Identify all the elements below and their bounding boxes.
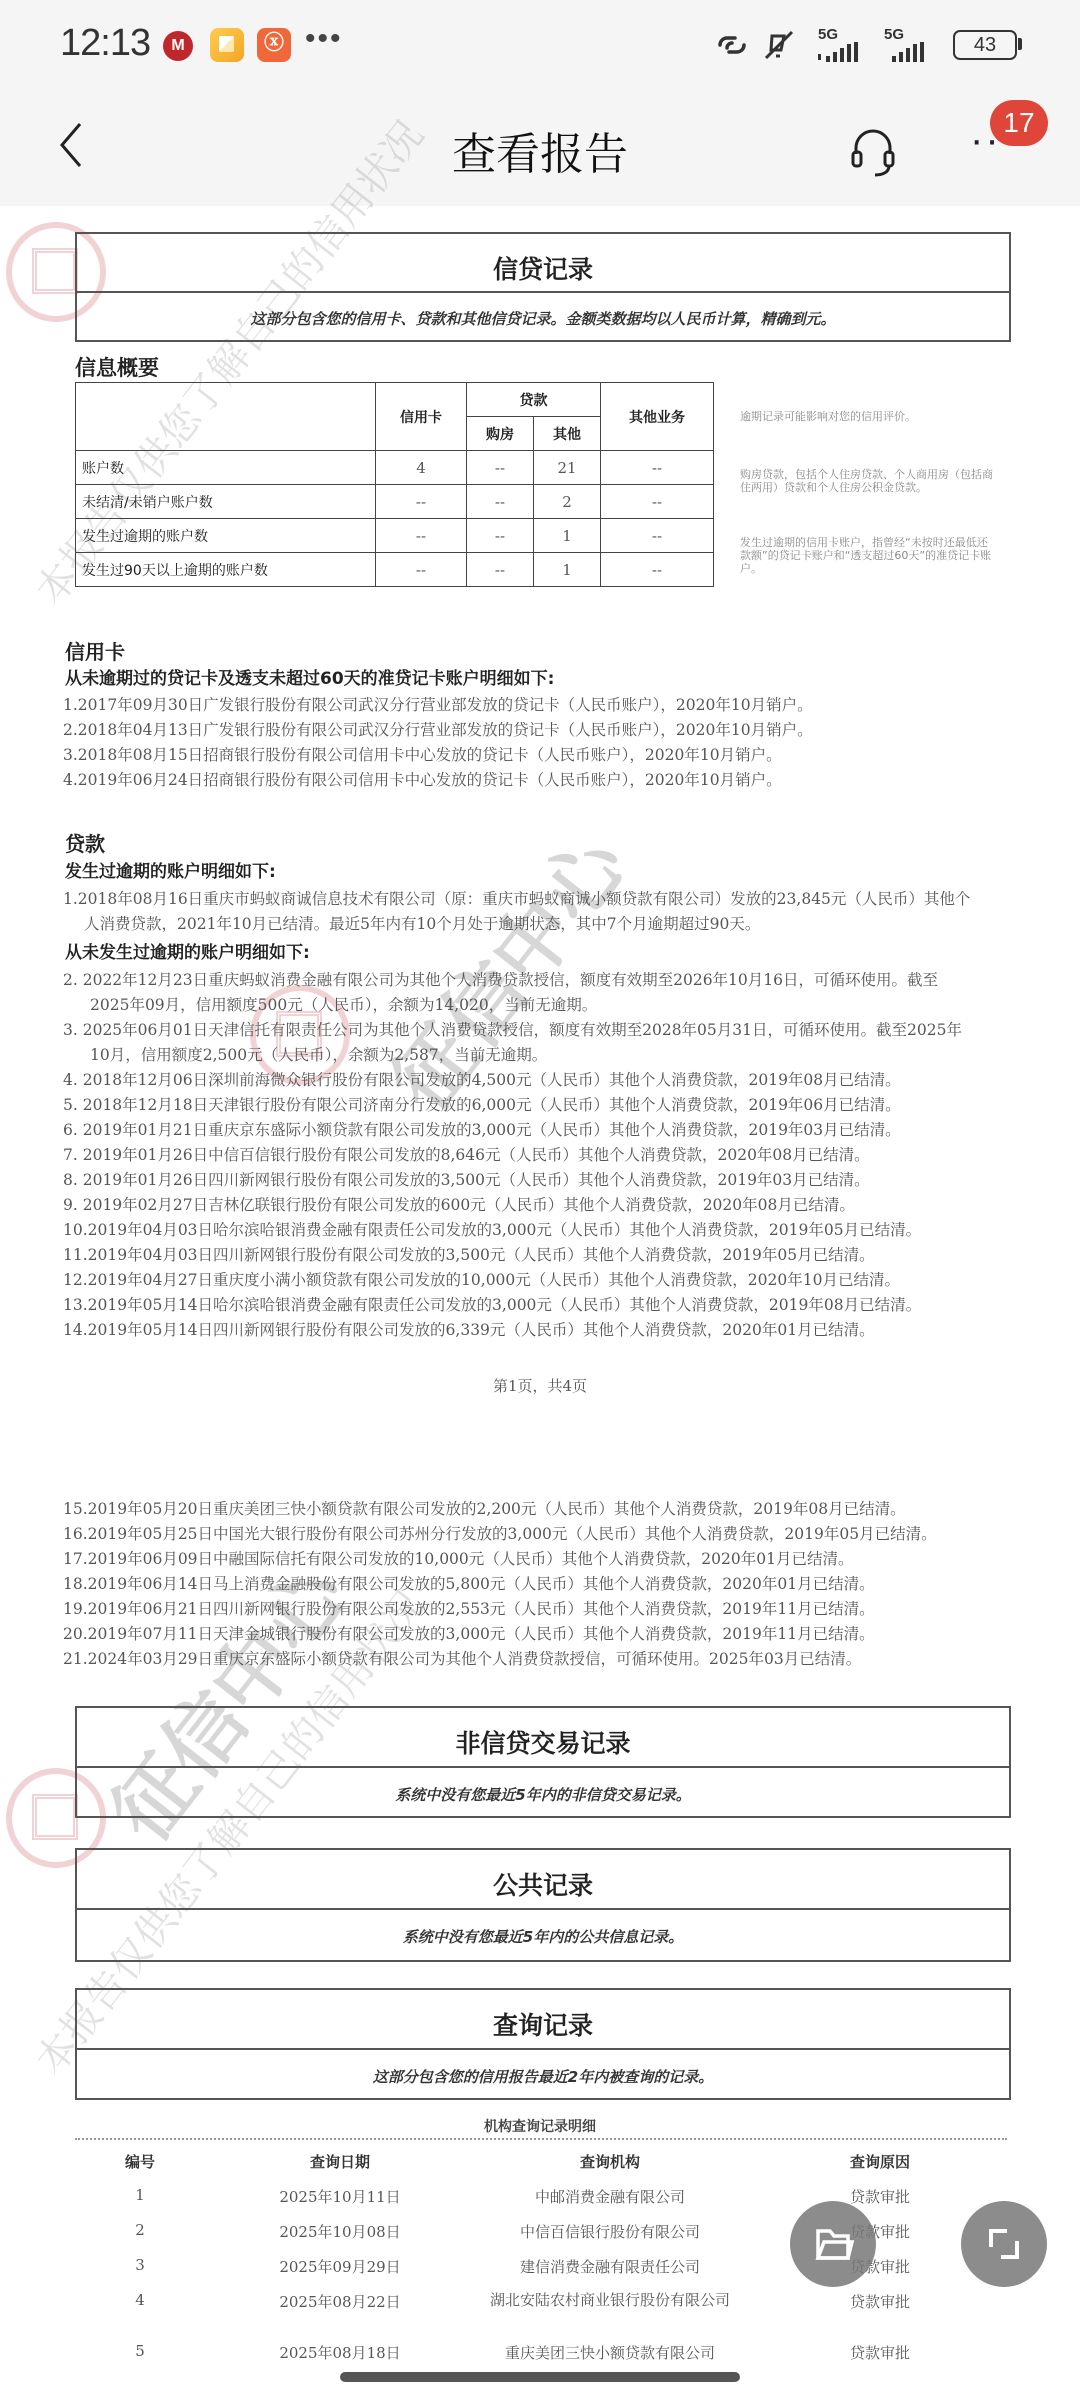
link-icon [712,30,752,60]
loan-item-cont: 人消费贷款，2021年10月已结清。最近5年内有10个月处于逾期状态，其中7个月… [84,912,760,934]
loan-item: 7. 2019年01月26日中信百信银行股份有限公司发放的8,646元（人民币）… [63,1143,870,1165]
notification-badge: 17 [990,100,1048,146]
query-header-reason: 查询原因 [820,2151,940,2172]
summary-table: 信用卡 贷款 其他业务 购房 其他 账户数 4 -- 21 -- 未结清/未销户… [75,382,714,587]
credit-card-item: 2.2018年04月13日广发银行股份有限公司武汉分行营业部发放的贷记卡（人民币… [63,718,813,740]
query-table-title: 机构查询记录明细 [0,2116,1080,2136]
folder-icon [790,2201,876,2287]
home-indicator[interactable] [340,2372,740,2382]
fullscreen-button[interactable] [961,2201,1047,2287]
section-subtitle: 系统中没有您最近5年内的公共信息记录。 [77,1926,1009,1947]
status-time: 12:13 [60,22,150,65]
loan-item: 18.2019年06月14日马上消费金融股份有限公司发放的5,800元（人民币）… [63,1572,875,1594]
query-date: 2025年10月08日 [255,2221,425,2242]
query-header-date: 查询日期 [270,2151,410,2172]
loan-item: 9. 2019年02月27日吉林亿联银行股份有限公司发放的600元（人民币）其他… [63,1193,855,1215]
loans-heading: 贷款 [65,828,105,857]
loan-item: 11.2019年04月03日四川新网银行股份有限公司发放的3,500元（人民币）… [63,1243,875,1265]
query-reason: 贷款审批 [820,2342,940,2363]
section-title: 非信贷交易记录 [77,1724,1009,1760]
non-credit-record-box: 非信贷交易记录 系统中没有您最近5年内的非信贷交易记录。 [75,1706,1011,1818]
divider [77,1766,1009,1768]
network-type-1: 5G [818,26,838,43]
notes-app-icon [210,28,244,62]
loan-item: 2. 2022年12月23日重庆蚂蚁消费金融有限公司为其他个人消费贷款授信，额度… [63,968,938,990]
cell-other: 1 [534,519,601,553]
expand-icon [961,2201,1047,2287]
cell-housing: -- [467,451,534,485]
loan-item: 6. 2019年01月21日重庆京东盛际小额贷款有限公司发放的3,000元（人民… [63,1118,901,1140]
query-org: 湖北安陆农村商业银行股份有限公司 [470,2291,750,2309]
loan-item: 16.2019年05月25日中国光大银行股份有限公司苏州分行发放的3,000元（… [63,1522,937,1544]
cell-credit-card: -- [376,485,467,519]
signal-icon-2 [884,42,938,62]
summary-note: 逾期记录可能影响对您的信用评价。 [740,410,995,423]
summary-note: 购房贷款，包括个人住房贷款、个人商用房（包括商住两用）贷款和个人住房公积金贷款。 [740,468,995,494]
cell-credit-card: -- [376,553,467,587]
query-no: 3 [110,2256,170,2274]
summary-heading: 信息概要 [75,352,159,382]
cell-other-business: -- [601,553,714,587]
cell-other: 21 [534,451,601,485]
query-reason: 贷款审批 [820,2291,940,2312]
summary-corner-cell [76,383,376,451]
section-subtitle: 这部分包含您的信用报告最近2年内被查询的记录。 [77,2066,1009,2087]
cell-other-business: -- [601,451,714,485]
battery-icon: 43 [953,30,1017,60]
credit-card-item: 4.2019年06月24日招商银行股份有限公司信用卡中心发放的贷记卡（人民币账户… [63,768,782,790]
header-credit-card: 信用卡 [376,383,467,451]
loan-item: 21.2024年03月29日重庆京东盛际小额贷款有限公司为其他个人消费贷款授信，… [63,1647,861,1669]
section-title: 查询记录 [77,2006,1009,2042]
credit-card-item: 3.2018年08月15日招商银行股份有限公司信用卡中心发放的贷记卡（人民币账户… [63,743,782,765]
query-date: 2025年10月11日 [255,2186,425,2207]
row-label: 发生过90天以上逾期的账户数 [76,553,376,587]
loan-item: 19.2019年06月21日四川新网银行股份有限公司发放的2,553元（人民币）… [63,1597,875,1619]
query-no: 1 [110,2186,170,2204]
loan-item: 20.2019年07月11日天津金城银行股份有限公司发放的3,000元（人民币）… [63,1622,875,1644]
query-no: 2 [110,2221,170,2239]
summary-row: 发生过90天以上逾期的账户数 -- -- 1 -- [76,553,714,587]
loan-item: 4. 2018年12月06日深圳前海微众银行股份有限公司发放的4,500元（人民… [63,1068,901,1090]
summary-row: 发生过逾期的账户数 -- -- 1 -- [76,519,714,553]
header-loan: 贷款 [467,383,601,417]
query-record-box: 查询记录 这部分包含您的信用报告最近2年内被查询的记录。 [75,1988,1011,2100]
section-subtitle: 系统中没有您最近5年内的非信贷交易记录。 [77,1784,1009,1805]
save-to-files-button[interactable] [790,2201,876,2287]
page-number: 第1页，共4页 [0,1375,1080,1396]
query-date: 2025年08月18日 [255,2342,425,2363]
query-no: 4 [110,2291,170,2309]
cell-credit-card: 4 [376,451,467,485]
cell-housing: -- [467,519,534,553]
loan-item: 14.2019年05月14日四川新网银行股份有限公司发放的6,339元（人民币）… [63,1318,875,1340]
divider [77,291,1009,293]
loan-item: 3. 2025年06月01日天津信托有限责任公司为其他个人消费贷款授信，额度有效… [63,1018,962,1040]
loan-item: 5. 2018年12月18日天津银行股份有限公司济南分行发放的6,000元（人民… [63,1093,901,1115]
divider [77,1908,1009,1910]
section-title: 信贷记录 [77,250,1009,286]
signal-icon-1 [818,42,872,62]
credit-card-heading: 信用卡 [65,636,125,665]
loan-item: 17.2019年06月09日中融国际信托有限公司发放的10,000元（人民币）其… [63,1547,853,1569]
customer-service-headset-icon[interactable] [848,124,898,180]
page-title: 查看报告 [0,118,1080,182]
credit-card-subheading: 从未逾期过的贷记卡及透支未超过60天的准贷记卡账户明细如下: [65,664,554,689]
query-header-no: 编号 [110,2151,170,2172]
query-date: 2025年09月29日 [255,2256,425,2277]
cell-other-business: -- [601,485,714,519]
loan-item: 12.2019年04月27日重庆度小满小额贷款有限公司发放的10,000元（人民… [63,1268,900,1290]
credit-record-header-box: 信贷记录 这部分包含您的信用卡、贷款和其他信贷记录。金额类数据均以人民币计算，精… [75,232,1011,342]
cell-other-business: -- [601,519,714,553]
cell-credit-card: -- [376,519,467,553]
mute-icon [760,28,798,62]
loan-item: 8. 2019年01月26日四川新网银行股份有限公司发放的3,500元（人民币）… [63,1168,870,1190]
header-other-business: 其他业务 [601,383,714,451]
header-loan-other: 其他 [534,417,601,451]
row-label: 未结清/未销户账户数 [76,485,376,519]
loan-item: 1.2018年08月16日重庆市蚂蚁商诚信息技术有限公司（原：重庆市蚂蚁商诚小额… [63,887,970,909]
credit-card-item: 1.2017年09月30日广发银行股份有限公司武汉分行营业部发放的贷记卡（人民币… [63,693,813,715]
summary-row: 未结清/未销户账户数 -- -- 2 -- [76,485,714,519]
cell-other: 2 [534,485,601,519]
loan-item-cont: 10月，信用额度2,500元（人民币），余额为2,587，当前无逾期。 [90,1043,547,1065]
cmb-bank-icon: M [163,31,193,61]
query-org: 中邮消费金融有限公司 [470,2186,750,2207]
row-label: 发生过逾期的账户数 [76,519,376,553]
section-title: 公共记录 [77,1866,1009,1902]
battery-tip [1018,38,1022,50]
summary-note: 发生过逾期的信用卡账户，指曾经“未按时还最低还款额”的贷记卡账户和“透支超过60… [740,536,995,575]
dotted-divider [75,2138,1007,2140]
loan-item: 13.2019年05月14日哈尔滨哈银消费金融有限责任公司发放的3,000元（人… [63,1293,921,1315]
more-notifications-icon: ••• [305,22,343,56]
loan-item: 15.2019年05月20日重庆美团三快小额贷款有限公司发放的2,200元（人民… [63,1497,906,1519]
query-org: 建信消费金融有限责任公司 [470,2256,750,2277]
section-subtitle: 这部分包含您的信用卡、贷款和其他信贷记录。金额类数据均以人民币计算，精确到元。 [77,308,1009,329]
query-no: 5 [110,2342,170,2360]
loan-item: 10.2019年04月03日哈尔滨哈银消费金融有限责任公司发放的3,000元（人… [63,1218,921,1240]
dazhong-dianping-icon: ⓧ [257,28,291,62]
public-record-box: 公共记录 系统中没有您最近5年内的公共信息记录。 [75,1848,1011,1962]
normal-subheading: 从未发生过逾期的账户明细如下: [65,938,310,963]
row-label: 账户数 [76,451,376,485]
query-org: 重庆美团三快小额贷款有限公司 [470,2342,750,2363]
query-header-org: 查询机构 [480,2151,740,2172]
divider [77,2048,1009,2050]
summary-row: 账户数 4 -- 21 -- [76,451,714,485]
header-loan-housing: 购房 [467,417,534,451]
cell-other: 1 [534,553,601,587]
network-type-2: 5G [884,26,904,43]
cell-housing: -- [467,553,534,587]
loan-item-cont: 2025年09月，信用额度500元（人民币），余额为14,020，当前无逾期。 [90,993,597,1015]
query-date: 2025年08月22日 [255,2291,425,2312]
overdue-subheading: 发生过逾期的账户明细如下: [65,857,276,882]
cell-housing: -- [467,485,534,519]
query-org: 中信百信银行股份有限公司 [470,2221,750,2242]
